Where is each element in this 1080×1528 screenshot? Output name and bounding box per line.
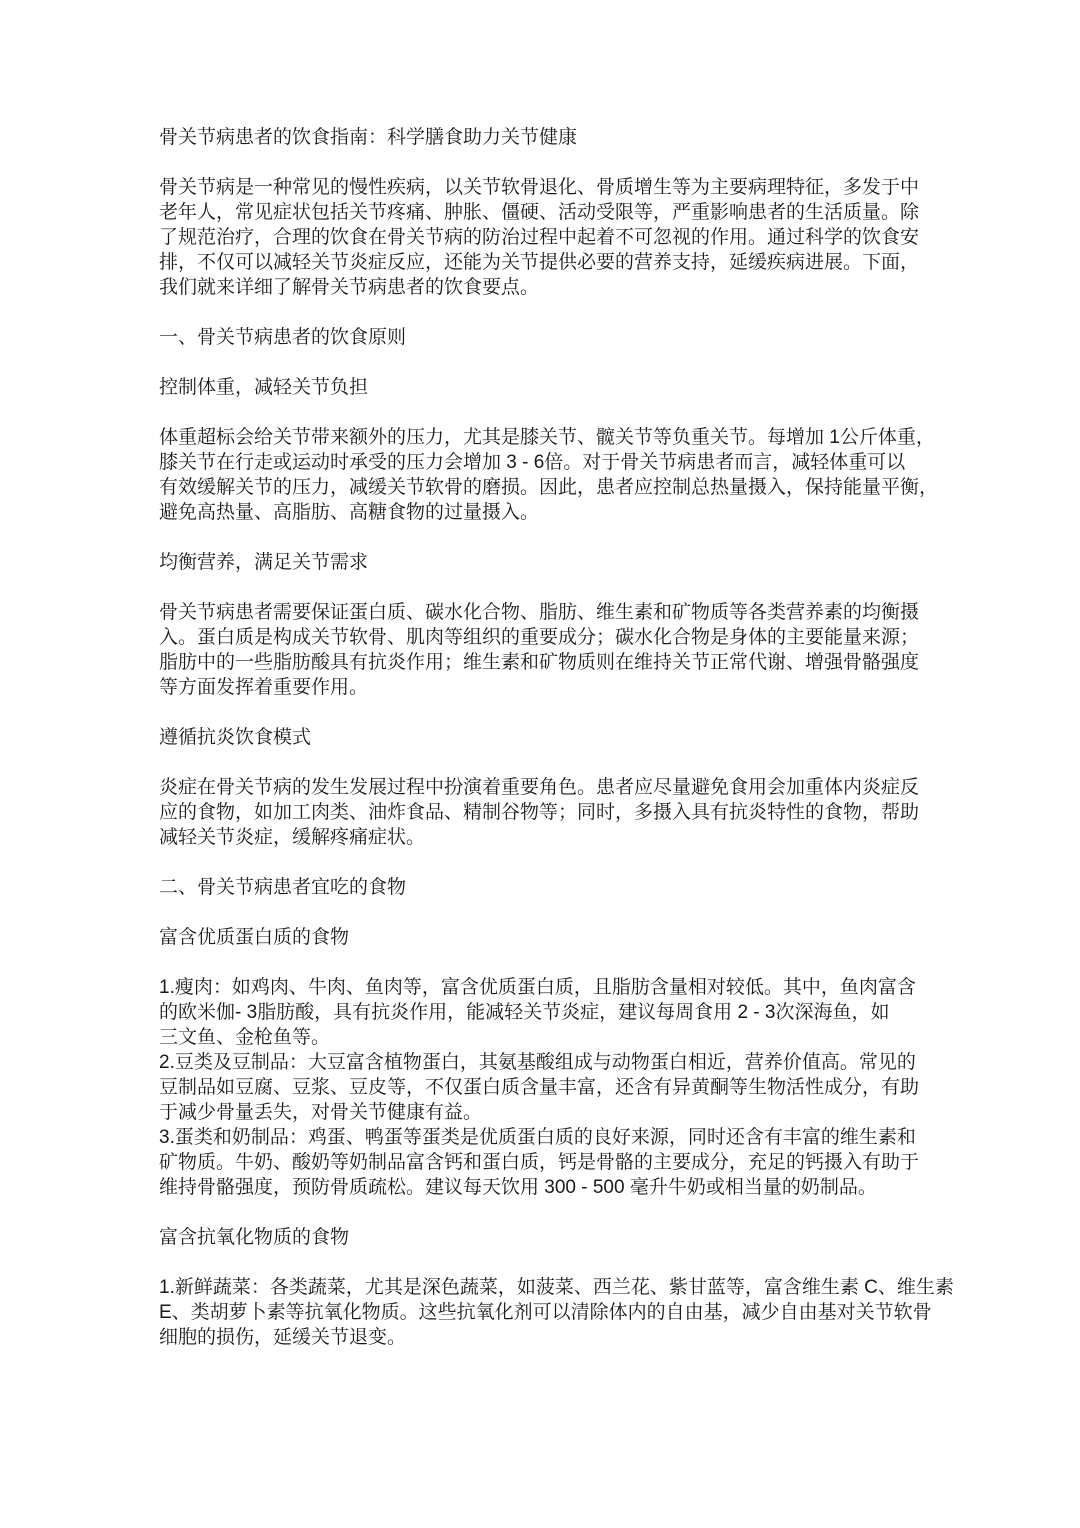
paragraph-weight-control: 体重超标会给关节带来额外的压力，尤其是膝关节、髋关节等负重关节。每增加 1公斤体… (159, 425, 969, 525)
subheading-weight-control: 控制体重，减轻关节负担 (159, 375, 969, 400)
doc-title: 骨关节病患者的饮食指南：科学膳食助力关节健康 (159, 125, 969, 150)
document-page: 骨关节病患者的饮食指南：科学膳食助力关节健康 骨关节病是一种常见的慢性疾病，以关… (159, 125, 969, 1350)
section-1-heading: 一、骨关节病患者的饮食原则 (159, 325, 969, 350)
subheading-balanced-nutrition: 均衡营养，满足关节需求 (159, 550, 969, 575)
section-2-heading: 二、骨关节病患者宜吃的食物 (159, 875, 969, 900)
subheading-protein-foods: 富含优质蛋白质的食物 (159, 925, 969, 950)
subheading-anti-inflammatory-diet: 遵循抗炎饮食模式 (159, 725, 969, 750)
paragraph-anti-inflammatory-diet: 炎症在骨关节病的发生发展过程中扮演着重要角色。患者应尽量避免食用会加重体内炎症反… (159, 775, 969, 850)
list-protein-foods: 1.瘦肉：如鸡肉、牛肉、鱼肉等，富含优质蛋白质，且脂肪含量相对较低。其中，鱼肉富… (159, 975, 969, 1200)
subheading-antioxidant-foods: 富含抗氧化物质的食物 (159, 1225, 969, 1250)
list-antioxidant-foods: 1.新鲜蔬菜：各类蔬菜，尤其是深色蔬菜，如菠菜、西兰花、紫甘蓝等，富含维生素 C… (159, 1275, 969, 1350)
intro-paragraph: 骨关节病是一种常见的慢性疾病，以关节软骨退化、骨质增生等为主要病理特征，多发于中… (159, 175, 969, 300)
paragraph-balanced-nutrition: 骨关节病患者需要保证蛋白质、碳水化合物、脂肪、维生素和矿物质等各类营养素的均衡摄… (159, 600, 969, 700)
